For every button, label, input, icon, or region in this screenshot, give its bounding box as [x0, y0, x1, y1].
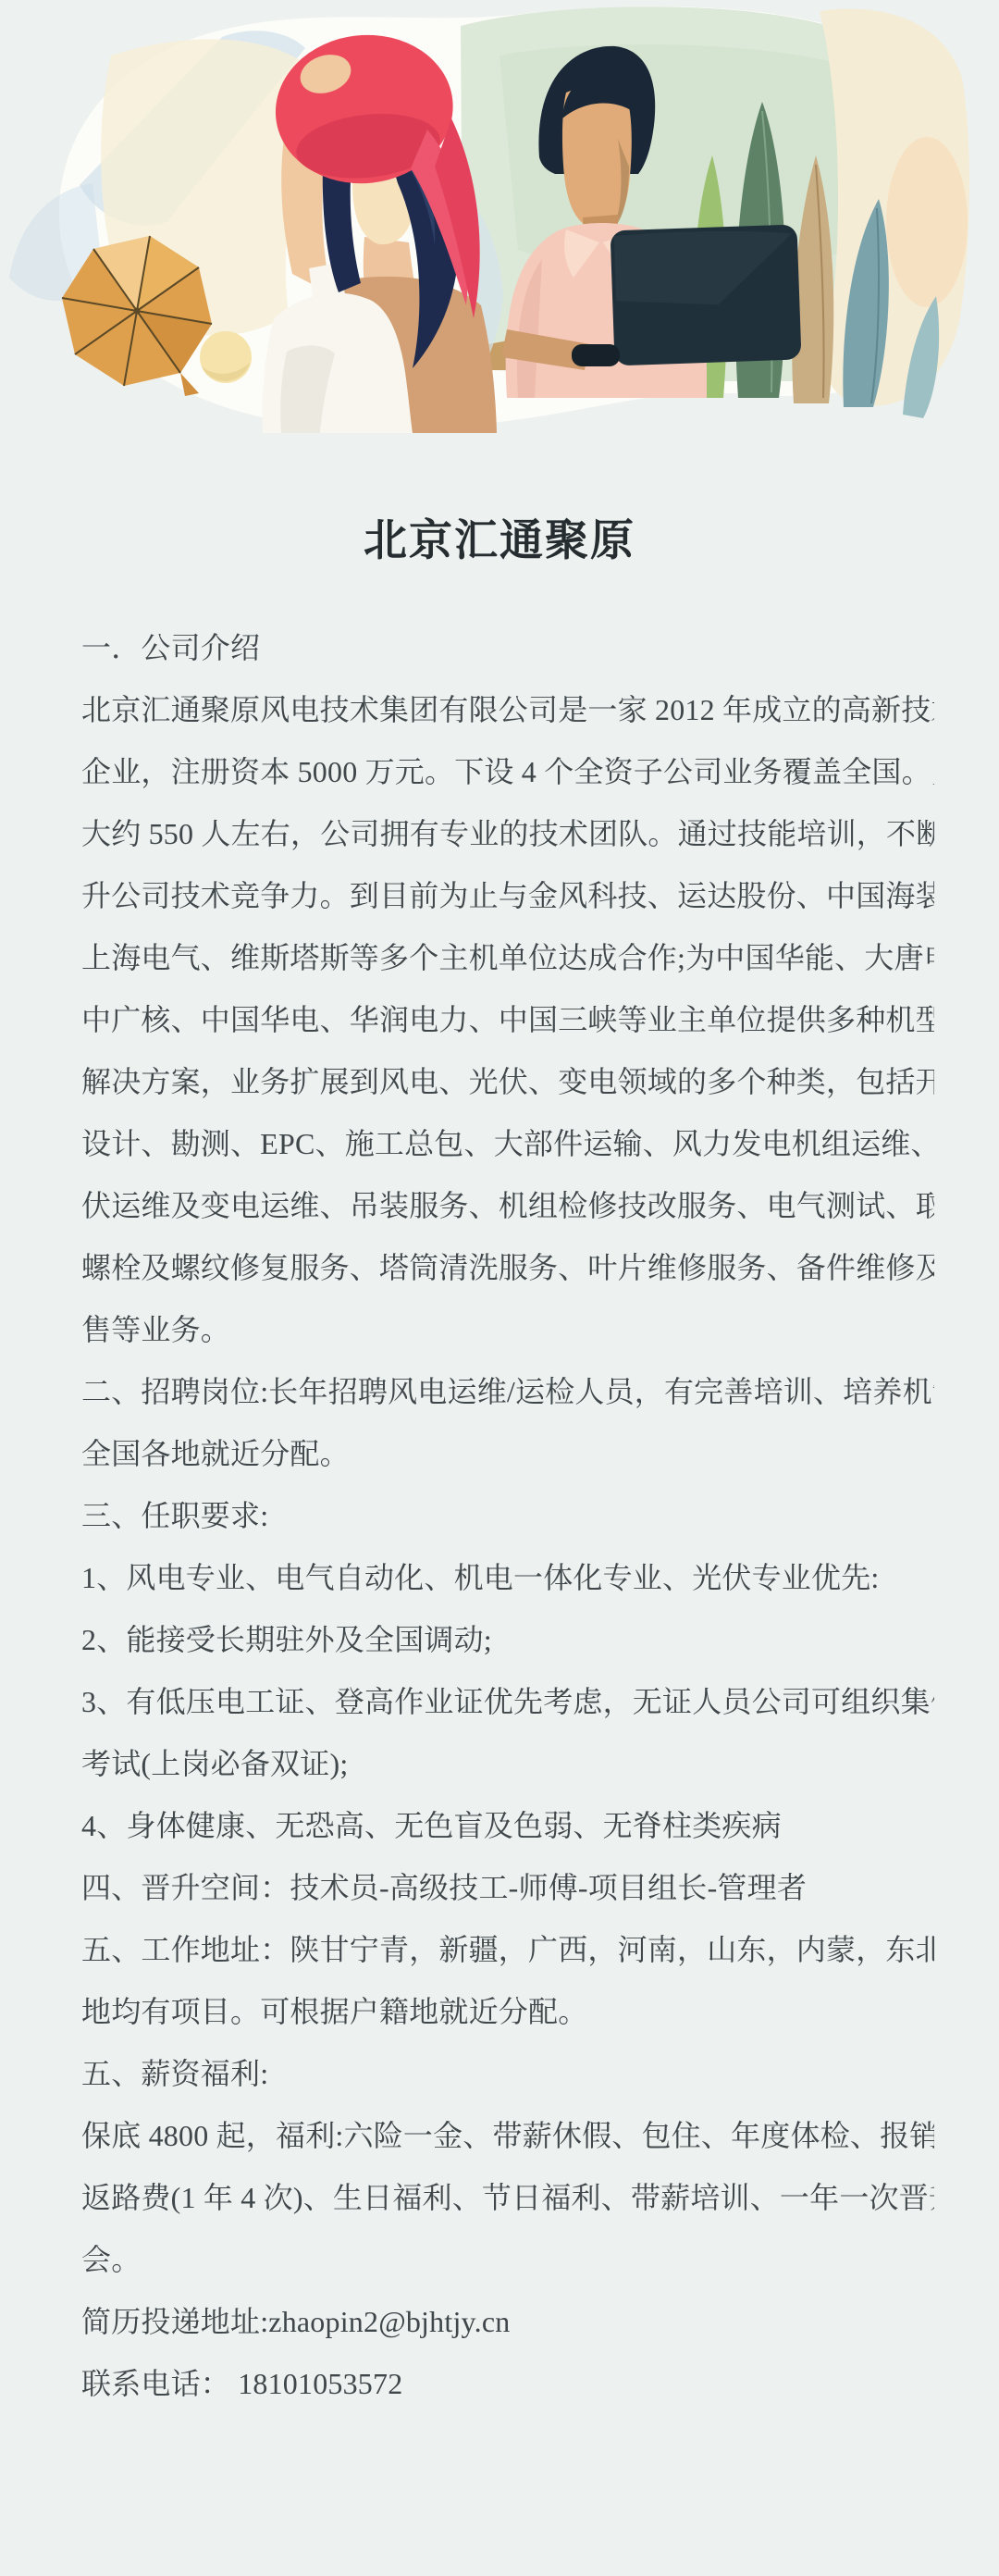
body-line: 中广核、中国华电、华润电力、中国三峡等业主单位提供多种机型的 [81, 989, 934, 1051]
page-title: 北京汇通聚原 [0, 514, 999, 566]
body-line: 升公司技术竞争力。到目前为止与金风科技、运达股份、中国海装、 [81, 865, 934, 927]
right-cream-shape [820, 9, 969, 406]
body-line: 五、薪资福利: [81, 2043, 934, 2105]
body-line: 考试(上岗必备双证); [81, 1733, 934, 1795]
body-line: 联系电话： 18101053572 [81, 2353, 934, 2415]
body-line: 伏运维及变电运维、吊装服务、机组检修技改服务、电气测试、取断 [81, 1175, 934, 1237]
body-line: 保底 4800 起，福利:六险一金、带薪休假、包住、年度体检、报销往 [81, 2105, 934, 2167]
recruitment-poster: 北京汇通聚原 一．公司介绍北京汇通聚原风电技术集团有限公司是一家 2012 年成… [0, 0, 999, 2576]
body-line: 上海电气、维斯塔斯等多个主机单位达成合作;为中国华能、大唐电力， [81, 927, 934, 989]
body-line: 3、有低压电工证、登高作业证优先考虑，无证人员公司可组织集体 [81, 1671, 934, 1733]
body-line: 螺栓及螺纹修复服务、塔筒清洗服务、叶片维修服务、备件维修及销 [81, 1237, 934, 1299]
body-line: 二、招聘岗位:长年招聘风电运维/运检人员，有完善培训、培养机制， [81, 1361, 934, 1423]
body-line: 设计、勘测、EPC、施工总包、大部件运输、风力发电机组运维、光 [81, 1113, 934, 1175]
body-line: 4、身体健康、无恐高、无色盲及色弱、无脊柱类疾病 [81, 1795, 934, 1857]
laptop-hinge [572, 344, 620, 366]
body-line: 1、风电专业、电气自动化、机电一体化专业、光伏专业优先: [81, 1547, 934, 1609]
body-line: 大约 550 人左右，公司拥有专业的技术团队。通过技能培训，不断提 [81, 803, 934, 865]
body-line: 四、晋升空间：技术员-高级技工-师傅-项目组长-管理者 [81, 1857, 934, 1919]
body-line: 售等业务。 [81, 1299, 934, 1361]
body-line: 北京汇通聚原风电技术集团有限公司是一家 2012 年成立的高新技术 [81, 679, 934, 741]
body-line: 一．公司介绍 [81, 617, 934, 679]
body-text: 一．公司介绍北京汇通聚原风电技术集团有限公司是一家 2012 年成立的高新技术企… [0, 617, 999, 2415]
body-line: 三、任职要求: [81, 1485, 934, 1547]
cream-ball [200, 331, 252, 383]
body-line: 解决方案，业务扩展到风电、光伏、变电领域的多个种类，包括开发、 [81, 1051, 934, 1113]
body-line: 五、工作地址：陕甘宁青，新疆，广西，河南，山东，内蒙，东北等 [81, 1919, 934, 1981]
header-illustration [0, 0, 999, 435]
body-line: 简历投递地址:zhaopin2@bjhtjy.cn [81, 2291, 934, 2353]
body-line: 返路费(1 年 4 次)、生日福利、节日福利、带薪培训、一年一次晋升机 [81, 2167, 934, 2229]
laptop [610, 224, 802, 365]
body-line: 会。 [81, 2229, 934, 2291]
body-line: 企业，注册资本 5000 万元。下设 4 个全资子公司业务覆盖全国。员工 [81, 741, 934, 803]
body-line: 2、能接受长期驻外及全国调动; [81, 1609, 934, 1671]
body-line: 地均有项目。可根据户籍地就近分配。 [81, 1981, 934, 2043]
body-line: 全国各地就近分配。 [81, 1423, 934, 1485]
